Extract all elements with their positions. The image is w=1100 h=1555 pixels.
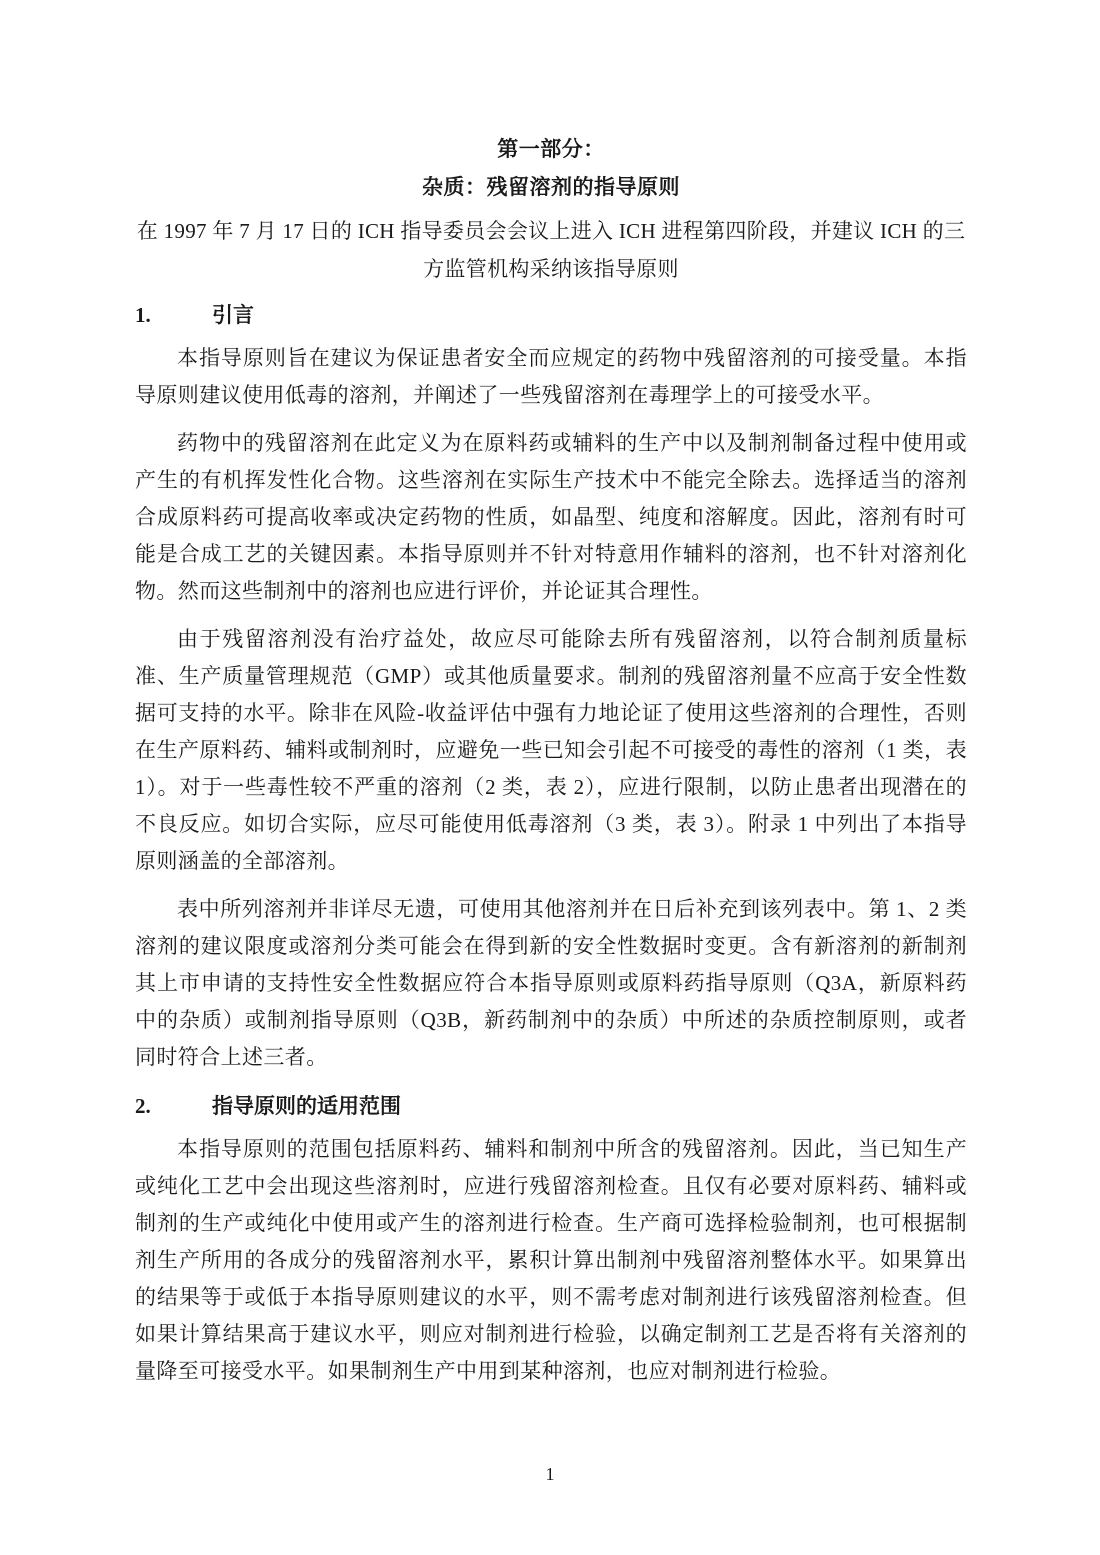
paragraph: 由于残留溶剂没有治疗益处，故应尽可能除去所有残留溶剂，以符合制剂质量标准、生产质… <box>135 621 967 880</box>
part-title: 第一部分： <box>135 130 967 168</box>
section-heading: 2. 指导原则的适用范围 <box>135 1087 967 1125</box>
document-page: 第一部分： 杂质：残留溶剂的指导原则 在 1997 年 7 月 17 日的 IC… <box>135 130 967 1401</box>
page-number: 1 <box>0 1462 1100 1486</box>
section-introduction: 1. 引言 本指导原则旨在建议为保证患者安全而应规定的药物中残留溶剂的可接受量。… <box>135 296 967 1076</box>
paragraph: 表中所列溶剂并非详尽无遗，可使用其他溶剂并在日后补充到该列表中。第 1、2 类溶… <box>135 891 967 1076</box>
section-number: 2. <box>135 1087 212 1125</box>
section-number: 1. <box>135 296 212 334</box>
paragraph: 药物中的残留溶剂在此定义为在原料药或辅料的生产中以及制剂制备过程中使用或产生的有… <box>135 425 967 610</box>
document-subtitle: 在 1997 年 7 月 17 日的 ICH 指导委员会会议上进入 ICH 进程… <box>135 212 967 288</box>
paragraph: 本指导原则旨在建议为保证患者安全而应规定的药物中残留溶剂的可接受量。本指导原则建… <box>135 340 967 414</box>
paragraph: 本指导原则的范围包括原料药、辅料和制剂中所含的残留溶剂。因此，当已知生产或纯化工… <box>135 1131 967 1390</box>
section-title: 指导原则的适用范围 <box>212 1087 401 1125</box>
section-title: 引言 <box>212 296 254 334</box>
section-scope: 2. 指导原则的适用范围 本指导原则的范围包括原料药、辅料和制剂中所含的残留溶剂… <box>135 1087 967 1390</box>
section-heading: 1. 引言 <box>135 296 967 334</box>
main-title: 杂质：残留溶剂的指导原则 <box>135 168 967 206</box>
